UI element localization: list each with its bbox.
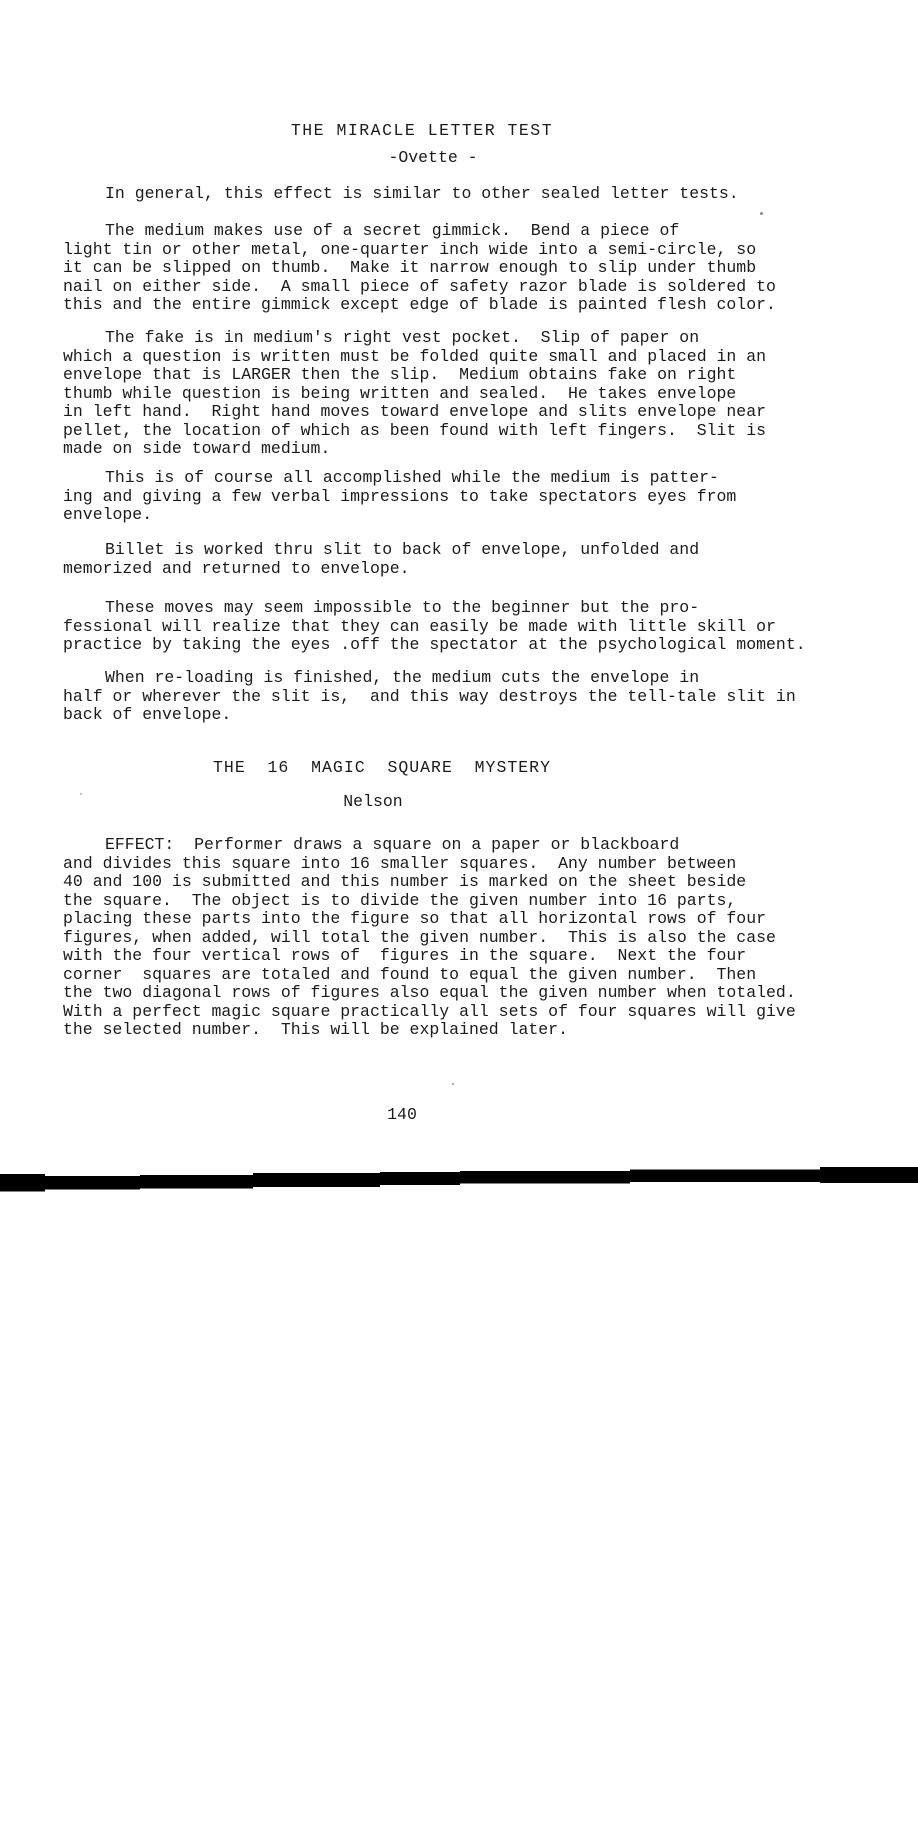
scanned-document-page: THE MIRACLE LETTER TEST -Ovette - In gen… — [0, 0, 918, 1836]
text-line: back of envelope. — [63, 706, 823, 725]
article2-byline: Nelson — [0, 793, 753, 812]
text-line: which a question is written must be fold… — [63, 348, 823, 367]
article2-title: THE 16 MAGIC SQUARE MYSTERY — [2, 759, 762, 778]
text-line: corner squares are totaled and found to … — [63, 966, 823, 985]
paragraph: When re-loading is finished, the medium … — [63, 669, 823, 725]
text-line: envelope that is LARGER then the slip. M… — [63, 366, 823, 385]
text-line: envelope. — [63, 506, 823, 525]
scan-artifact-bar — [0, 1160, 918, 1200]
paragraph: Billet is worked thru slit to back of en… — [63, 541, 823, 578]
text-line: Billet is worked thru slit to back of en… — [63, 541, 823, 560]
text-line: the square. The object is to divide the … — [63, 892, 823, 911]
text-line: When re-loading is finished, the medium … — [63, 669, 823, 688]
text-line: This is of course all accomplished while… — [63, 469, 823, 488]
text-line: memorized and returned to envelope. — [63, 560, 823, 579]
text-line: ing and giving a few verbal impressions … — [63, 488, 823, 507]
text-line: practice by taking the eyes .off the spe… — [63, 636, 823, 655]
text-line: fessional will realize that they can eas… — [63, 618, 823, 637]
text-line: EFFECT: Performer draws a square on a pa… — [63, 836, 823, 855]
text-line: The medium makes use of a secret gimmick… — [63, 222, 823, 241]
text-line: this and the entire gimmick except edge … — [63, 296, 823, 315]
text-line: These moves may seem impossible to the b… — [63, 599, 823, 618]
text-line: made on side toward medium. — [63, 440, 823, 459]
text-line: light tin or other metal, one-quarter in… — [63, 241, 823, 260]
paragraph: This is of course all accomplished while… — [63, 469, 823, 525]
paragraph: These moves may seem impossible to the b… — [63, 599, 823, 655]
paragraph: The medium makes use of a secret gimmick… — [63, 222, 823, 315]
text-line: placing these parts into the figure so t… — [63, 910, 823, 929]
text-line: nail on either side. A small piece of sa… — [63, 278, 823, 297]
text-line: The fake is in medium's right vest pocke… — [63, 329, 823, 348]
text-line: the selected number. This will be explai… — [63, 1021, 823, 1040]
scan-speck — [80, 793, 82, 795]
text-line: the two diagonal rows of figures also eq… — [63, 984, 823, 1003]
paragraph: In general, this effect is similar to ot… — [63, 185, 823, 204]
text-line: 40 and 100 is submitted and this number … — [63, 873, 823, 892]
page-number: 140 — [22, 1106, 782, 1125]
text-line: With a perfect magic square practically … — [63, 1003, 823, 1022]
paragraph: The fake is in medium's right vest pocke… — [63, 329, 823, 459]
scan-speck — [760, 212, 763, 215]
text-line: with the four vertical rows of figures i… — [63, 947, 823, 966]
text-line: half or wherever the slit is, and this w… — [63, 688, 823, 707]
text-line: pellet, the location of which as been fo… — [63, 422, 823, 441]
paragraph: EFFECT: Performer draws a square on a pa… — [63, 836, 823, 1040]
text-line: and divides this square into 16 smaller … — [63, 855, 823, 874]
text-line: it can be slipped on thumb. Make it narr… — [63, 259, 823, 278]
scan-speck — [452, 1083, 454, 1085]
text-line: thumb while question is being written an… — [63, 385, 823, 404]
text-line: figures, when added, will total the give… — [63, 929, 823, 948]
text-line: in left hand. Right hand moves toward en… — [63, 403, 823, 422]
text-line: In general, this effect is similar to ot… — [63, 185, 823, 204]
article1-byline: -Ovette - — [53, 149, 813, 168]
article1-title: THE MIRACLE LETTER TEST — [42, 122, 802, 141]
